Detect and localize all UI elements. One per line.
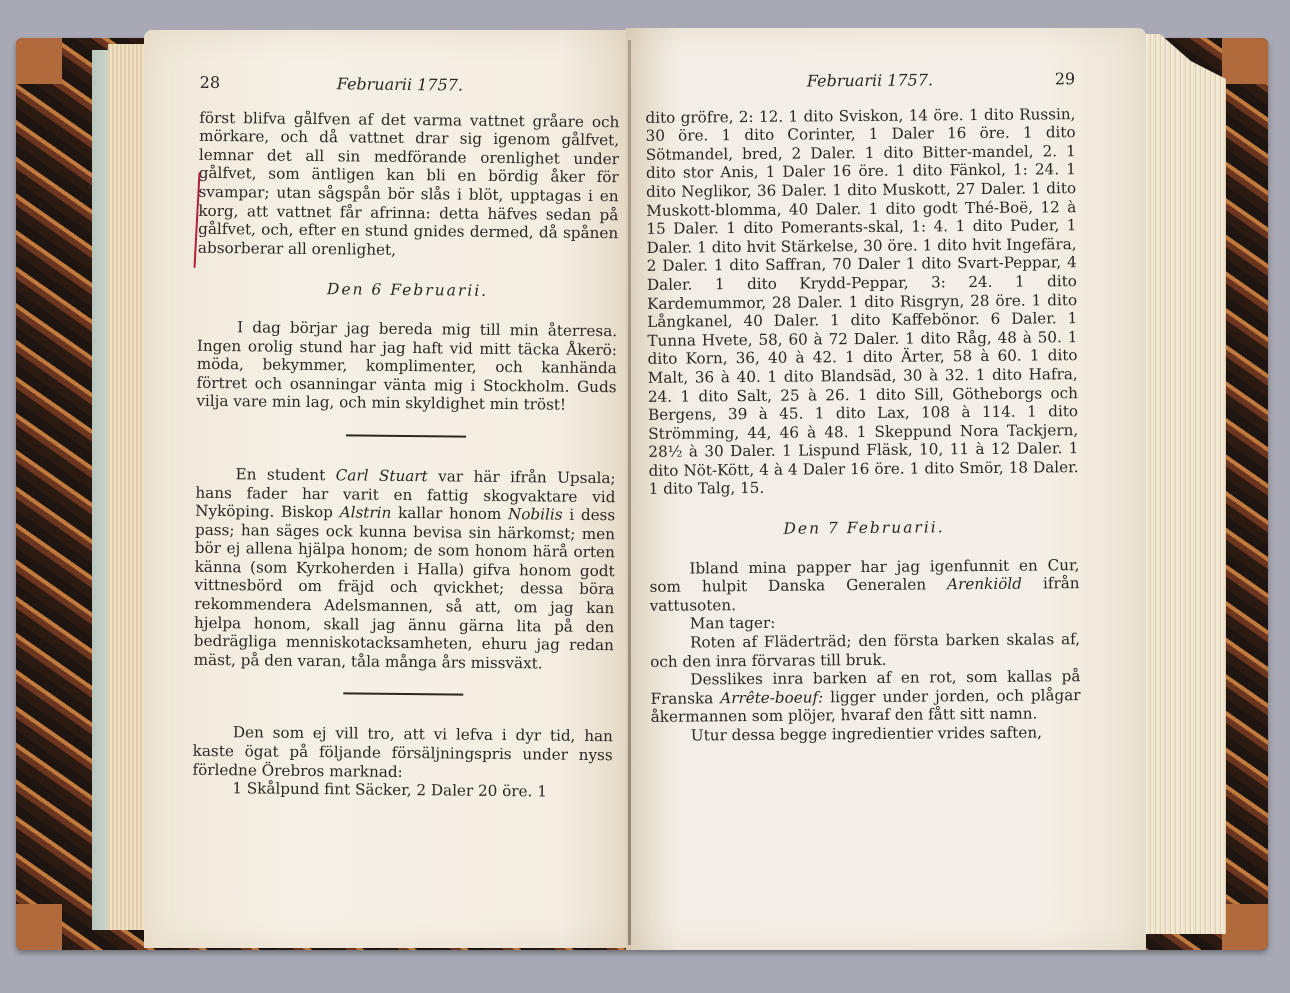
page-number: 29: [1055, 70, 1076, 89]
italic-name: Alstrin: [340, 503, 392, 522]
page-number: 28: [200, 74, 221, 93]
right-page: Februarii 1757. 29 dito gröfre, 2: 12. 1…: [626, 28, 1146, 950]
leather-corner: [1222, 904, 1268, 950]
running-title: Februarii 1757.: [220, 74, 620, 97]
section-heading: Den 7 Februarii.: [649, 517, 1079, 539]
running-title: Februarii 1757.: [645, 70, 1055, 92]
section-divider: [343, 693, 463, 696]
running-head: Februarii 1757. 29: [645, 70, 1075, 92]
section-divider: [346, 434, 466, 437]
leather-corner: [1222, 38, 1268, 84]
italic-latin: Nobilis: [508, 505, 563, 524]
text: i dess pass; han säges ock kunna bevisa …: [194, 506, 616, 673]
right-page-content: Februarii 1757. 29 dito gröfre, 2: 12. 1…: [645, 70, 1081, 745]
italic-french: Arrête-boeuf:: [720, 688, 823, 707]
paragraph: först blifva gålfven af det varma vattne…: [198, 108, 620, 261]
leather-corner: [16, 38, 62, 84]
paragraph: Utur dessa begge ingredientier vrides sa…: [651, 723, 1081, 745]
paragraph: Ibland mina papper har jag igenfunnit en…: [649, 556, 1079, 616]
paragraph: En student Carl Stuart var här ifrån Ups…: [194, 465, 616, 674]
page-block-right-edge: [1138, 34, 1226, 934]
price-list: dito gröfre, 2: 12. 1 dito Sviskon, 14 ö…: [645, 105, 1078, 499]
paragraph: I dag börjar jag bereda mig till min åte…: [196, 318, 617, 415]
italic-name: Arenkiöld: [947, 575, 1022, 594]
paragraph: Roten af Fläderträd; den första barken s…: [650, 630, 1080, 671]
paragraph: Den som ej vill tro, att vi lefva i dyr …: [192, 723, 613, 783]
italic-name: Carl Stuart: [336, 466, 428, 485]
paragraph: 1 Skålpund fint Säcker, 2 Daler 20 öre. …: [192, 779, 612, 802]
text: En student: [236, 465, 336, 484]
left-page-content: 28 Februarii 1757. först blifva gålfven …: [192, 74, 620, 802]
running-head: 28 Februarii 1757.: [200, 74, 620, 97]
left-page: 28 Februarii 1757. först blifva gålfven …: [144, 30, 636, 948]
section-heading: Den 6 Februarii.: [197, 279, 617, 302]
leather-corner: [16, 904, 62, 950]
book-gutter: [628, 40, 631, 945]
paragraph: Desslikes inra barken af en rot, som kal…: [650, 667, 1080, 727]
text: kallar honom: [391, 504, 508, 523]
